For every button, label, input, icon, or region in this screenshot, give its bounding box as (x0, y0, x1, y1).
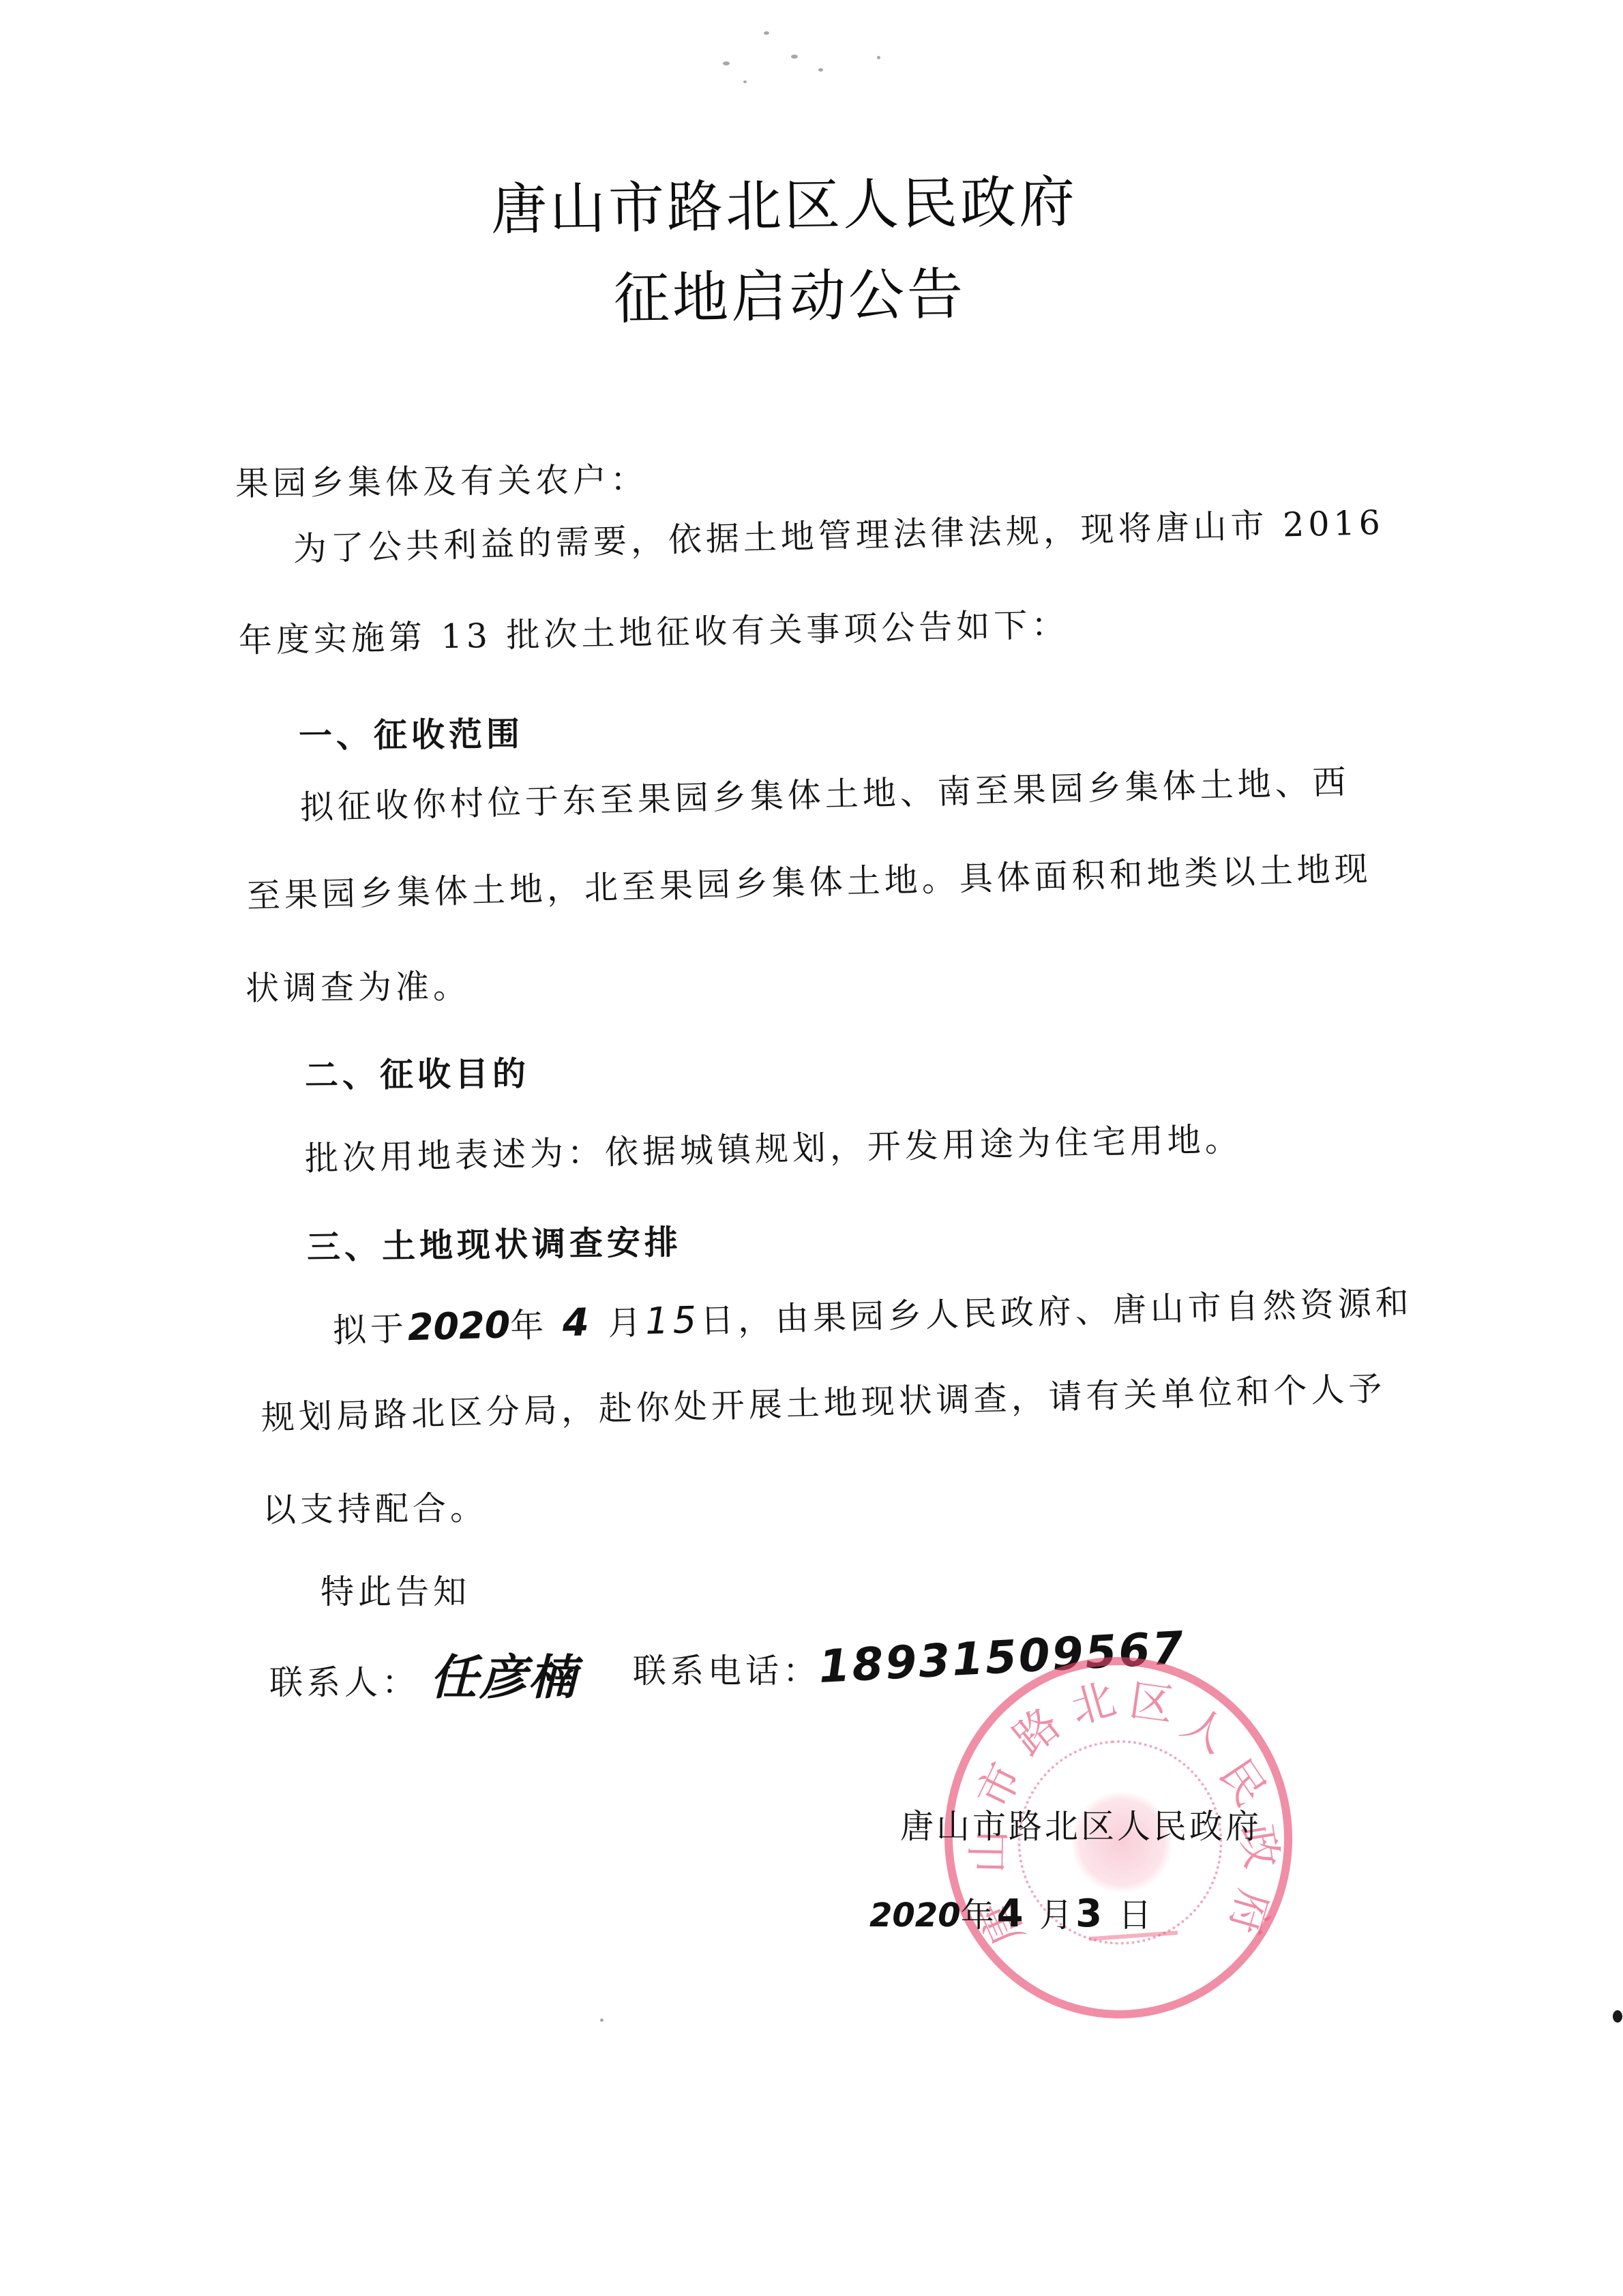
survey-prefix: 拟于 (332, 1309, 408, 1350)
scan-speck (743, 80, 747, 83)
contact-phone-label: 联系电话： (633, 1652, 820, 1690)
scan-speck (818, 68, 823, 72)
section-survey-line-1: 拟于2020年 4 月15日，由果园乡人民政府、唐山市自然资源和 (332, 1281, 1413, 1352)
document-title-line1: 唐山市路北区人民政府 (490, 170, 1077, 243)
section-scope-line-3: 状调查为准。 (245, 966, 471, 1009)
signature-date: 2020年4 月3 日 (869, 1889, 1155, 1937)
survey-day-handwritten: 15 (645, 1300, 701, 1342)
closing-note: 特此告知 (321, 1572, 471, 1613)
contact-person-name-handwritten: 任彦楠 (430, 1647, 578, 1708)
contact-person-label: 联系人： (269, 1663, 419, 1702)
seal-char: 区 (1125, 1677, 1178, 1731)
scan-speck (791, 55, 798, 59)
scan-artifact-dot (1613, 2010, 1622, 2023)
signature-year-label: 年 (961, 1896, 997, 1935)
salutation: 果园乡集体及有关农户： (235, 460, 649, 505)
section-heading-scope: 一、征收范围 (299, 714, 524, 757)
signature-month-handwritten: 4 (997, 1892, 1026, 1936)
section-survey-line-3: 以支持配合。 (263, 1488, 488, 1531)
seal-char: 北 (1064, 1675, 1123, 1734)
section-scope-line-1: 拟征收你村位于东至果园乡集体土地、南至果园乡集体土地、西 (299, 762, 1350, 829)
contact-line: 联系人： 任彦楠 (269, 1647, 578, 1708)
intro-line-2: 年度实施第 13 批次土地征收有关事项公告如下： (238, 605, 1069, 661)
survey-month-handwritten: 4 (562, 1302, 594, 1344)
scan-speck (877, 56, 880, 59)
signature-day-handwritten: 3 (1075, 1892, 1105, 1936)
document-title-line2: 征地启动公告 (613, 262, 966, 332)
section-scope-line-2: 至果园乡集体土地，北至果园乡集体土地。具体面积和地类以土地现 (246, 849, 1372, 917)
seal-char: 人 (1172, 1698, 1237, 1763)
survey-month-label: 月 (608, 1303, 646, 1343)
signature-year-handwritten: 2020 (869, 1896, 961, 1935)
section-heading-purpose: 二、征收目的 (305, 1054, 531, 1097)
survey-year-label: 年 (509, 1306, 548, 1345)
section-purpose-line-1: 批次用地表述为：依据城镇规划，开发用途为住宅用地。 (304, 1119, 1242, 1180)
document-page: 唐山市路北区人民政府 征地启动公告 果园乡集体及有关农户： 为了公共利益的需要，… (0, 0, 1623, 2296)
signature-issuer: 唐山市路北区人民政府 (900, 1800, 1262, 1848)
signature-day-label: 日 (1118, 1896, 1155, 1935)
scan-speck (723, 61, 730, 65)
survey-suffix: 日，由果园乡人民政府、唐山市自然资源和 (700, 1283, 1413, 1341)
section-survey-line-2: 规划局路北区分局，赴你处开展土地现状调查，请有关单位和个人予 (260, 1369, 1386, 1439)
intro-line-1: 为了公共利益的需要，依据土地管理法律法规，现将唐山市 2016 (293, 503, 1384, 570)
seal-char: 府 (1220, 1883, 1279, 1942)
section-heading-survey: 三、土地现状调查安排 (307, 1222, 683, 1268)
survey-year-handwritten: 2020 (407, 1304, 511, 1348)
seal-char: 路 (1004, 1699, 1071, 1765)
scan-speck (600, 2018, 604, 2022)
signature-month-label: 月 (1039, 1896, 1075, 1935)
scan-speck (764, 31, 769, 35)
